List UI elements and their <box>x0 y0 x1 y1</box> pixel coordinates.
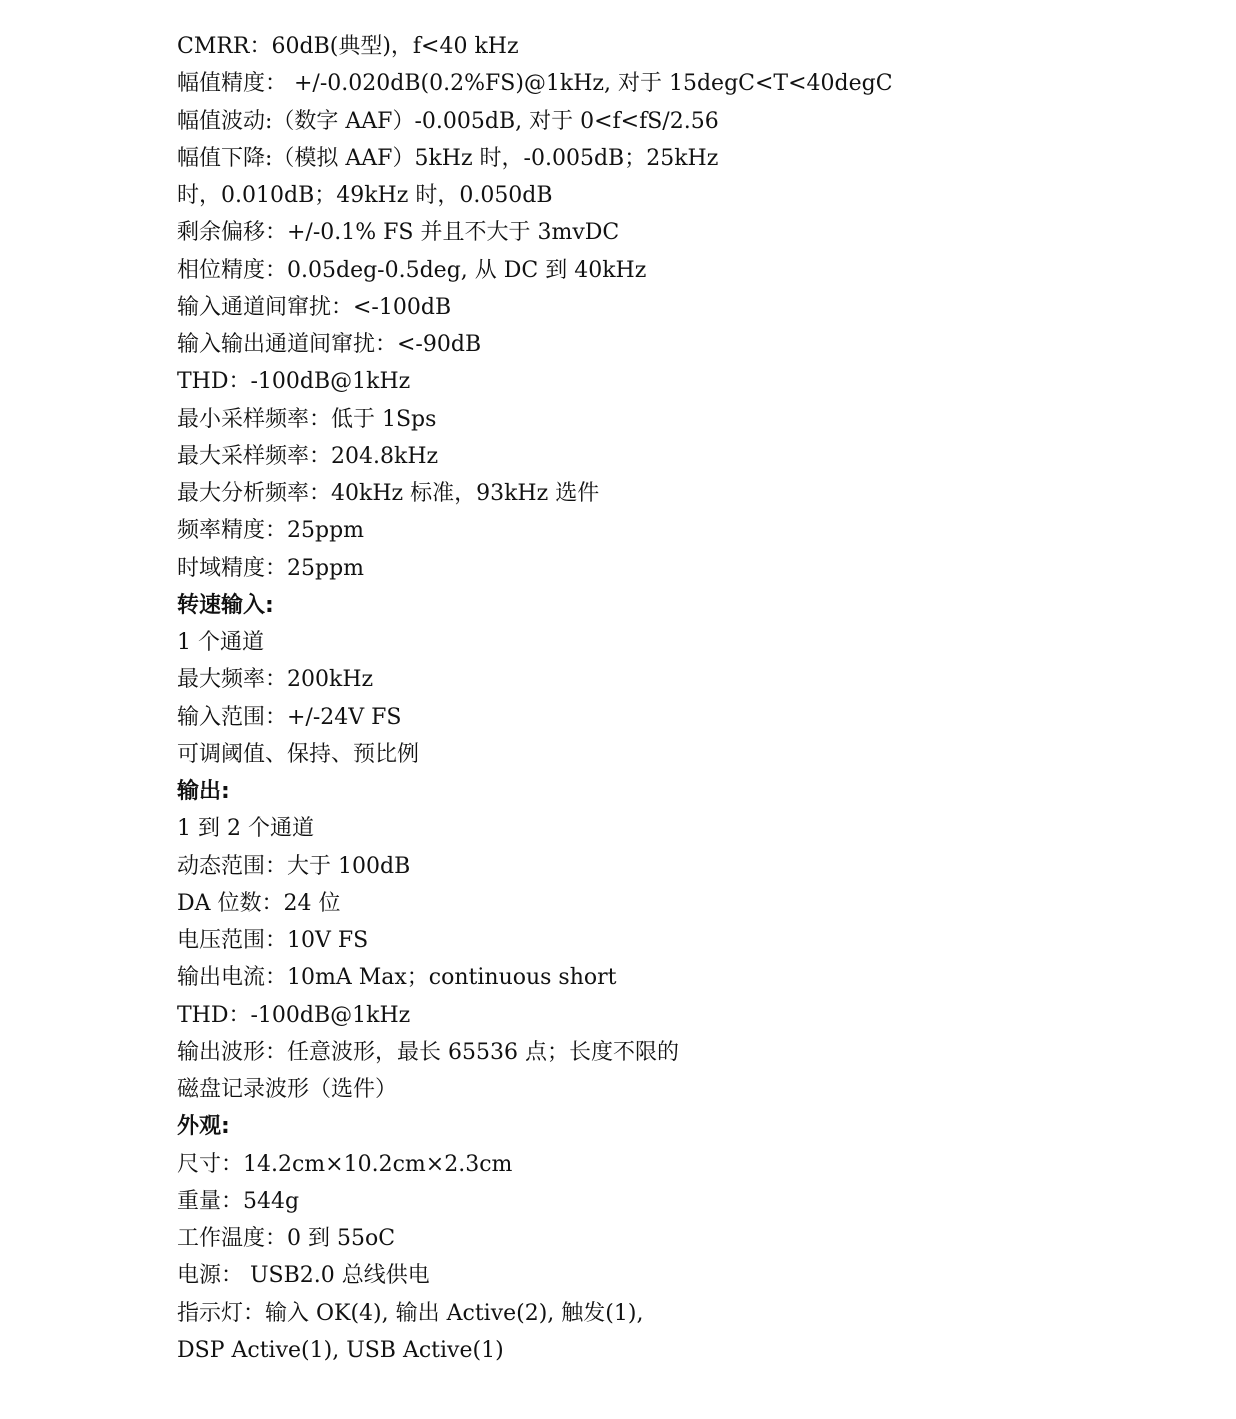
spec-line-output-da-bits: DA 位数：24 位 <box>177 885 1177 922</box>
spec-line-tacho-input-range: 输入范围：+/-24V FS <box>177 699 1177 736</box>
spec-line-output-voltage-range: 电压范围：10V FS <box>177 922 1177 959</box>
spec-line-thd-output: THD：-100dB@1kHz <box>177 997 1177 1034</box>
section-heading-output: 输出: <box>177 773 1177 810</box>
spec-line-io-crosstalk: 输入输出通道间窜扰：<-90dB <box>177 326 1177 363</box>
spec-line-max-sample-rate: 最大采样频率：204.8kHz <box>177 438 1177 475</box>
spec-line-output-current: 输出电流：10mA Max；continuous short <box>177 959 1177 996</box>
spec-line-output-waveform-cont: 磁盘记录波形（选件） <box>177 1071 1177 1108</box>
spec-line-amplitude-ripple: 幅值波动:（数字 AAF）-0.005dB, 对于 0<f<fS/2.56 <box>177 103 1177 140</box>
section-heading-appearance: 外观: <box>177 1108 1177 1145</box>
spec-line-amplitude-accuracy: 幅值精度： +/-0.020dB(0.2%FS)@1kHz, 对于 15degC… <box>177 65 1177 102</box>
spec-line-tacho-max-freq: 最大频率：200kHz <box>177 661 1177 698</box>
spec-line-min-sample-rate: 最小采样频率：低于 1Sps <box>177 401 1177 438</box>
spec-line-thd-input: THD：-100dB@1kHz <box>177 363 1177 400</box>
spec-line-max-analysis-freq: 最大分析频率：40kHz 标准，93kHz 选件 <box>177 475 1177 512</box>
spec-line-dimensions: 尺寸：14.2cm×10.2cm×2.3cm <box>177 1146 1177 1183</box>
spec-line-power: 电源： USB2.0 总线供电 <box>177 1257 1177 1294</box>
spec-line-phase-accuracy: 相位精度：0.05deg-0.5deg, 从 DC 到 40kHz <box>177 252 1177 289</box>
spec-line-residual-offset: 剩余偏移：+/-0.1% FS 并且不大于 3mvDC <box>177 214 1177 251</box>
spec-line-tacho-channels: 1 个通道 <box>177 624 1177 661</box>
spec-line-cmrr: CMRR：60dB(典型)，f<40 kHz <box>177 28 1177 65</box>
section-heading-tacho-input: 转速输入: <box>177 587 1177 624</box>
spec-line-time-accuracy: 时域精度：25ppm <box>177 550 1177 587</box>
spec-line-input-crosstalk: 输入通道间窜扰：<-100dB <box>177 289 1177 326</box>
spec-line-operating-temp: 工作温度：0 到 55oC <box>177 1220 1177 1257</box>
spec-line-output-channels: 1 到 2 个通道 <box>177 810 1177 847</box>
spec-line-indicators: 指示灯：输入 OK(4), 输出 Active(2), 触发(1), <box>177 1295 1177 1332</box>
spec-line-tacho-adjustable: 可调阈值、保持、预比例 <box>177 736 1177 773</box>
spec-line-indicators-cont: DSP Active(1), USB Active(1) <box>177 1332 1177 1369</box>
spec-line-amplitude-droop: 幅值下降:（模拟 AAF）5kHz 时，-0.005dB；25kHz <box>177 140 1177 177</box>
spec-line-freq-accuracy: 频率精度：25ppm <box>177 512 1177 549</box>
spec-line-output-dynamic-range: 动态范围：大于 100dB <box>177 848 1177 885</box>
spec-document: CMRR：60dB(典型)，f<40 kHz 幅值精度： +/-0.020dB(… <box>177 28 1177 1369</box>
spec-line-weight: 重量：544g <box>177 1183 1177 1220</box>
spec-line-output-waveform: 输出波形：任意波形，最长 65536 点；长度不限的 <box>177 1034 1177 1071</box>
spec-line-amplitude-droop-cont: 时，0.010dB；49kHz 时，0.050dB <box>177 177 1177 214</box>
